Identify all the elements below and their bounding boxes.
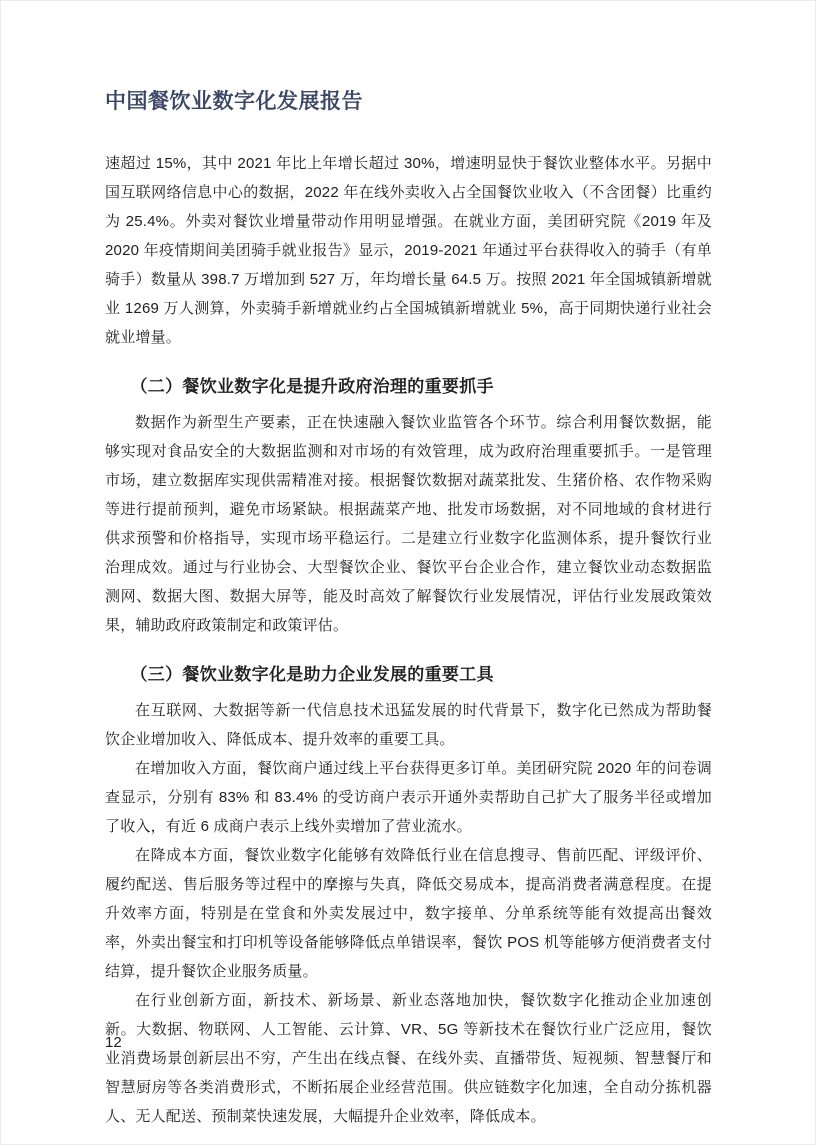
document-page: { "document": { "title": "中国餐饮业数字化发展报告",… [0,0,816,1145]
section-3-paragraph-3: 在降成本方面，餐饮业数字化能够有效降低行业在信息搜寻、售前匹配、评级评价、履约配… [105,841,712,986]
section-2-paragraph: 数据作为新型生产要素，正在快速融入餐饮业监管各个环节。综合利用餐饮数据，能够实现… [105,408,712,640]
section-3-paragraph-2: 在增加收入方面，餐饮商户通过线上平台获得更多订单。美团研究院 2020 年的问卷… [105,754,712,841]
section-2-heading: （二）餐饮业数字化是提升政府治理的重要抓手 [105,375,712,399]
intro-paragraph: 速超过 15%，其中 2021 年比上年增长超过 30%，增速明显快于餐饮业整体… [105,149,712,352]
report-title: 中国餐饮业数字化发展报告 [105,88,712,116]
section-3-paragraph-1: 在互联网、大数据等新一代信息技术迅猛发展的时代背景下，数字化已然成为帮助餐饮企业… [105,696,712,754]
section-3-paragraph-4: 在行业创新方面，新技术、新场景、新业态落地加快，餐饮数字化推动企业加速创新。大数… [105,986,712,1131]
page-content: 中国餐饮业数字化发展报告 速超过 15%，其中 2021 年比上年增长超过 30… [105,88,712,1131]
section-3-heading: （三）餐饮业数字化是助力企业发展的重要工具 [105,663,712,687]
page-number: 12 [105,1033,122,1053]
